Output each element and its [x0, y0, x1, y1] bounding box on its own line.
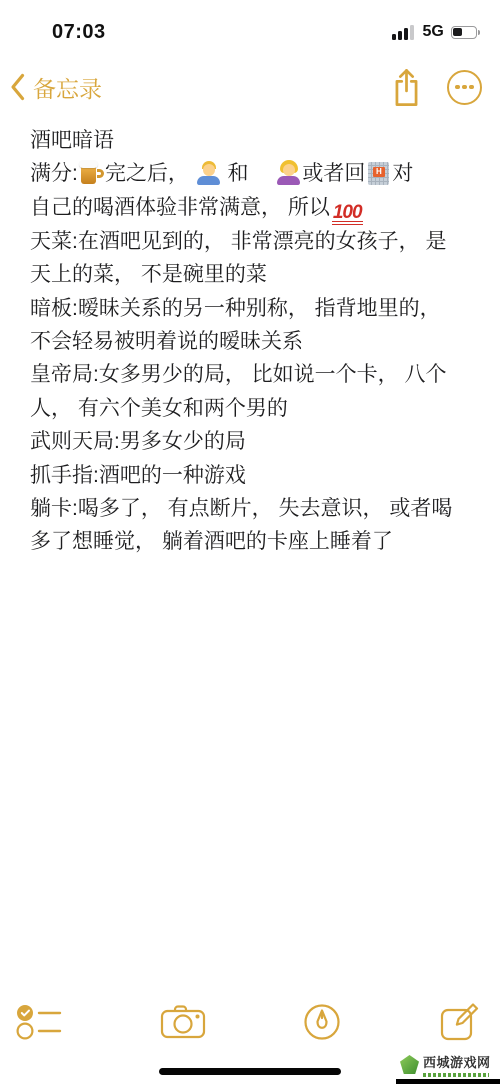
markup-button[interactable] — [303, 1003, 341, 1041]
note-line: 酒吧暗语 — [30, 124, 476, 157]
hundred-points-emoji: 100 — [332, 205, 363, 225]
note-line: 皇帝局:女多男少的局， 比如说一个卡， 八个 — [30, 358, 476, 391]
chevron-left-icon — [10, 73, 25, 101]
watermark-site-name: 西城游戏网 — [423, 1052, 491, 1071]
ellipsis-icon — [447, 70, 482, 105]
watermark-logo-icon — [400, 1055, 419, 1074]
navigation-bar: 备忘录 — [0, 58, 500, 116]
status-bar-right: 5G — [392, 23, 480, 41]
checklist-button[interactable] — [16, 1003, 62, 1041]
note-line: 天菜:在酒吧见到的， 非常漂亮的女孩子， 是 — [30, 225, 476, 258]
note-line: 不会轻易被明着说的暧昧关系 — [30, 325, 476, 358]
cellular-signal-icon — [392, 24, 415, 40]
status-bar: 07:03 5G — [0, 0, 500, 58]
compose-icon — [439, 1001, 480, 1042]
home-indicator[interactable] — [159, 1068, 341, 1075]
notes-app-screen: 07:03 5G 备忘录 — [0, 0, 500, 1084]
beer-mug-emoji — [79, 160, 104, 185]
battery-icon — [451, 26, 480, 39]
markup-pen-icon — [303, 1003, 341, 1041]
note-line: 满分:完之后， 和 或者回H对 — [30, 157, 476, 190]
note-line: 武则天局:男多女少的局 — [30, 425, 476, 458]
status-time: 07:03 — [52, 21, 106, 44]
watermark: 西城游戏网 — [396, 1050, 500, 1084]
note-line: 自己的喝酒体验非常满意， 所以100 — [30, 191, 476, 225]
note-line: 天上的菜， 不是碗里的菜 — [30, 258, 476, 291]
watermark-subtext — [423, 1073, 489, 1077]
checklist-icon — [16, 1003, 62, 1041]
share-button[interactable] — [390, 67, 423, 108]
share-icon — [390, 67, 423, 108]
camera-button[interactable] — [160, 1004, 206, 1040]
note-editor[interactable]: 酒吧暗语满分:完之后， 和 或者回H对自己的喝酒体验非常满意， 所以100天菜:… — [0, 116, 500, 559]
note-line: 人， 有六个美女和两个男的 — [30, 392, 476, 425]
network-type-label: 5G — [422, 23, 443, 41]
hotel-emoji: H — [366, 160, 391, 185]
woman-emoji — [276, 160, 301, 185]
back-label: 备忘录 — [33, 71, 102, 104]
note-line: 多了想睡觉， 躺着酒吧的卡座上睡着了 — [30, 525, 476, 558]
note-line: 暗板:暧昧关系的另一种别称， 指背地里的， — [30, 292, 476, 325]
compose-button[interactable] — [439, 1001, 480, 1042]
note-line: 躺卡:喝多了， 有点断片， 失去意识， 或者喝 — [30, 492, 476, 525]
back-button[interactable]: 备忘录 — [10, 71, 102, 104]
more-button[interactable] — [447, 70, 482, 105]
note-line: 抓手指:酒吧的一种游戏 — [30, 459, 476, 492]
camera-icon — [160, 1004, 206, 1040]
bottom-toolbar — [0, 1001, 500, 1042]
man-emoji — [196, 160, 221, 185]
